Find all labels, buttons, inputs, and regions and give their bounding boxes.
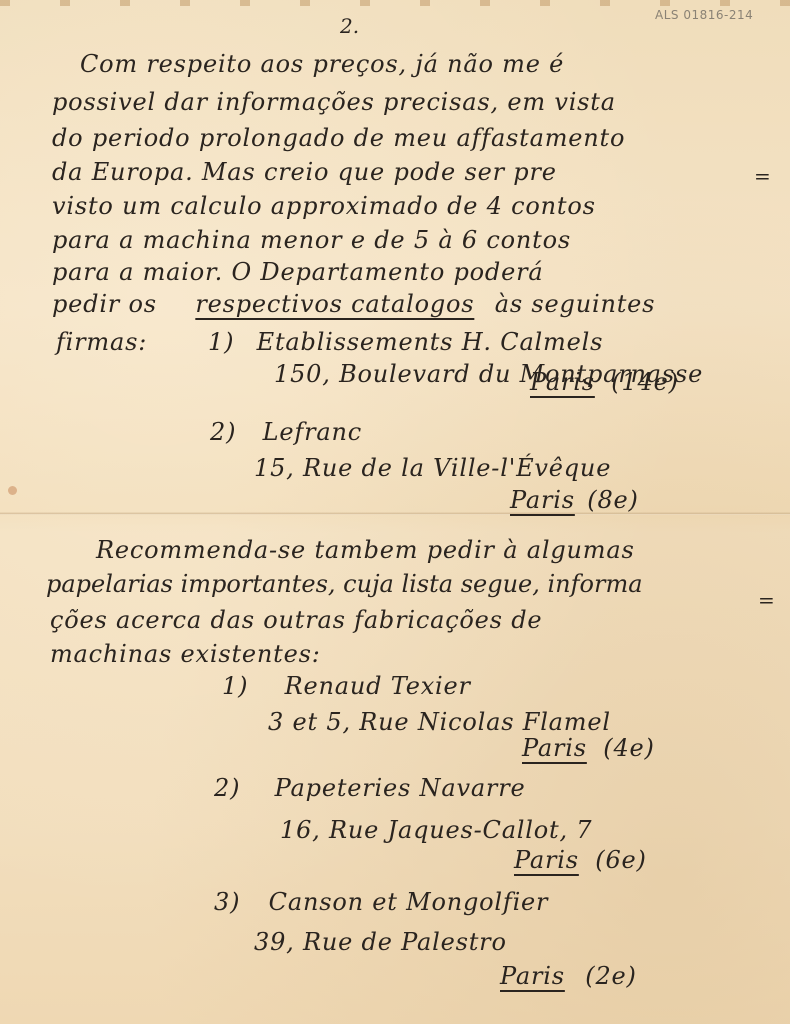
paragraph-2-line: Recommenda-se tambem pedir à algumas: [96, 536, 635, 564]
firm-address: 15, Rue de la Ville-l'Évêque: [254, 454, 611, 482]
firm-city: Paris (8e): [510, 486, 639, 514]
firm-number: 2): [210, 418, 236, 446]
catalog-request-line: pedir os respectivos catalogos às seguin…: [52, 290, 655, 318]
firm-entry: 1) Etablissements H. Calmels: [208, 328, 603, 356]
stationer-entry: 1) Renaud Texier: [222, 672, 471, 700]
stationer-city-name: Paris: [500, 962, 565, 990]
paragraph-1-line: do periodo prolongado de meu affastament…: [52, 124, 625, 152]
stationer-city: Paris (2e): [500, 962, 637, 990]
stationer-arrondissement: (4e): [603, 734, 654, 762]
paragraph-1-line: da Europa. Mas creio que pode ser pre: [52, 158, 557, 186]
paragraph-1-line: Com respeito aos preços, já não me é: [80, 50, 564, 78]
paragraph-2-line: ções acerca das outras fabricações de: [50, 606, 542, 634]
stationer-arrondissement: (6e): [595, 846, 646, 874]
stationer-address: 39, Rue de Palestro: [254, 928, 507, 956]
firm-arrondissement: (8e): [587, 486, 638, 514]
stationer-arrondissement: (2e): [585, 962, 636, 990]
paragraph-1-line: visto um calculo approximado de 4 contos: [52, 192, 596, 220]
firm-city: Paris (14e): [530, 368, 679, 396]
stationer-entry: 3) Canson et Mongolfier: [214, 888, 548, 916]
stationer-name: Canson et Mongolfier: [269, 888, 549, 916]
firm-entry: 2) Lefranc: [210, 418, 362, 446]
catalog-line-before: pedir os: [52, 290, 157, 318]
stationer-number: 1): [222, 672, 248, 700]
firms-label: firmas:: [56, 328, 147, 356]
underlined-catalogos: respectivos catalogos: [195, 290, 474, 318]
page-number: 2.: [340, 14, 359, 38]
paper-edge-wear: [0, 0, 790, 6]
hyphenation-mark: =: [754, 164, 771, 188]
stationer-entry: 2) Papeteries Navarre: [214, 774, 526, 802]
firm-city-name: Paris: [510, 486, 575, 514]
paper-fold-line: [0, 512, 790, 515]
paragraph-2-line: machinas existentes:: [50, 640, 321, 668]
firm-name: Etablissements H. Calmels: [257, 328, 604, 356]
firm-name: Lefranc: [263, 418, 362, 446]
stationer-address: 16, Rue Jaques-Callot, 7: [280, 816, 592, 844]
letter-page: ALS 01816-214 2. Com respeito aos preços…: [0, 0, 790, 1024]
firm-city-name: Paris: [530, 368, 595, 396]
archive-code: ALS 01816-214: [655, 8, 753, 22]
paragraph-1-line: para a machina menor e de 5 à 6 contos: [52, 226, 571, 254]
stationer-number: 3): [214, 888, 240, 916]
stationer-name: Papeteries Navarre: [275, 774, 526, 802]
catalog-line-after: às seguintes: [495, 290, 656, 318]
firm-arrondissement: (14e): [611, 368, 678, 396]
stationer-address: 3 et 5, Rue Nicolas Flamel: [268, 708, 611, 736]
stationer-city-name: Paris: [514, 846, 579, 874]
firm-number: 1): [208, 328, 234, 356]
paragraph-2-line: papelarias importantes, cuja lista segue…: [46, 570, 643, 598]
paragraph-1-line: possivel dar informações precisas, em vi…: [52, 88, 616, 116]
paragraph-1-line: para a maior. O Departamento poderá: [52, 258, 543, 286]
stationer-number: 2): [214, 774, 240, 802]
paper-stain: [8, 486, 17, 495]
stationer-city: Paris (4e): [522, 734, 655, 762]
stationer-city-name: Paris: [522, 734, 587, 762]
hyphenation-mark: =: [758, 588, 775, 612]
stationer-city: Paris (6e): [514, 846, 647, 874]
stationer-name: Renaud Texier: [285, 672, 471, 700]
